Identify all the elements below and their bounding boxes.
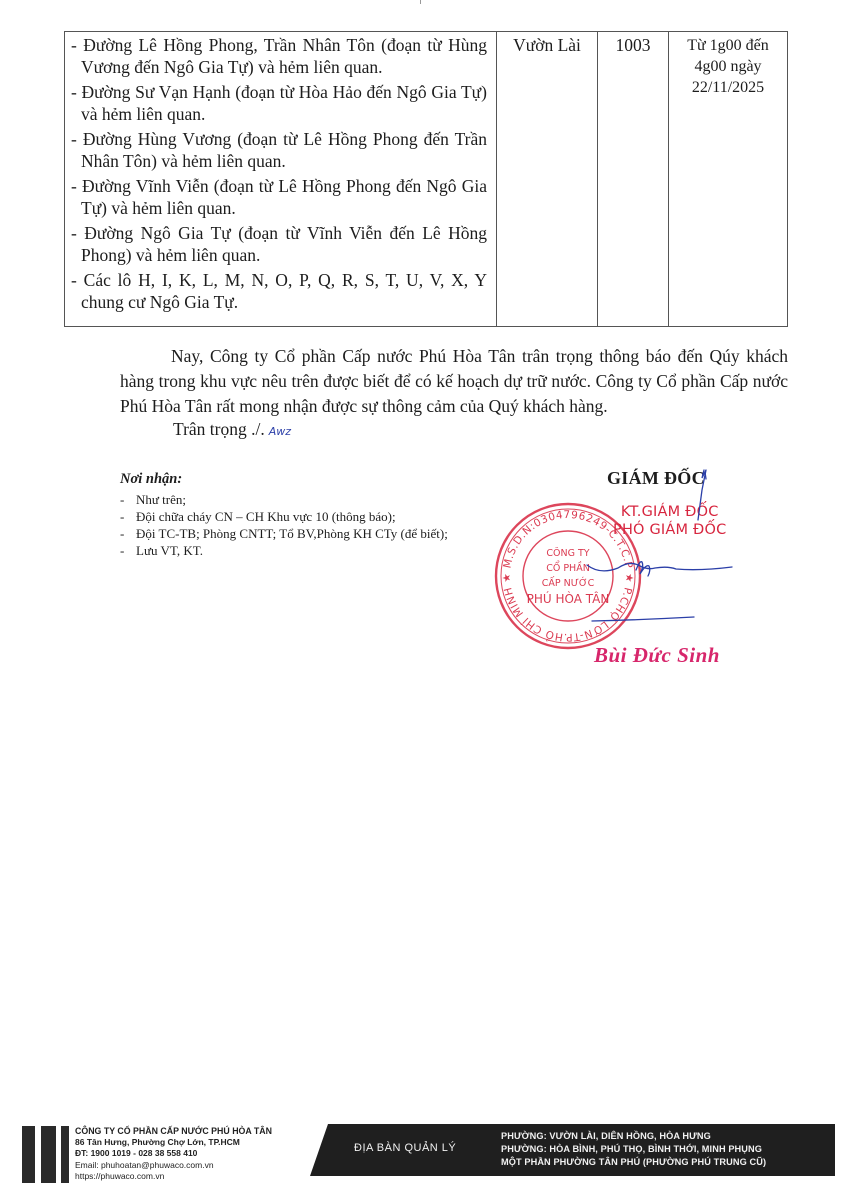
street-item: - Đường Vĩnh Viễn (đoạn từ Lê Hồng Phong…	[71, 176, 487, 219]
affected-streets-cell: - Đường Lê Hồng Phong, Trần Nhân Tôn (đo…	[65, 32, 497, 326]
ward-cell: Vườn Lài	[497, 32, 598, 326]
street-item: - Đường Ngô Gia Tự (đoạn từ Vĩnh Viễn đế…	[71, 223, 487, 266]
footer-company-name: CÔNG TY CỔ PHẦN CẤP NƯỚC PHÚ HÒA TÂN	[75, 1126, 272, 1137]
closing-text: Trân trọng ./.	[173, 419, 265, 439]
kt-line-1: KT.GIÁM ĐỐC	[613, 503, 726, 521]
signer-name: Bùi Đức Sinh	[594, 643, 720, 668]
logo-bar	[61, 1126, 69, 1183]
street-item: - Đường Hùng Vương (đoạn từ Lê Hồng Phon…	[71, 129, 487, 172]
logo-bar	[22, 1126, 35, 1183]
footer-email[interactable]: Email: phuhoatan@phuwaco.com.vn	[75, 1160, 272, 1171]
footer-company-info: CÔNG TY CỔ PHẦN CẤP NƯỚC PHÚ HÒA TÂN 86 …	[75, 1126, 272, 1182]
svg-text:PHÚ HÒA TÂN: PHÚ HÒA TÂN	[527, 591, 610, 606]
footer-phone: ĐT: 1900 1019 - 028 38 558 410	[75, 1148, 272, 1159]
svg-text:CỔ PHẦN: CỔ PHẦN	[546, 561, 590, 574]
service-area-line: PHƯỜNG: HÒA BÌNH, PHÚ THỌ, BÌNH THỚI, MI…	[501, 1143, 766, 1156]
notice-text: Nay, Công ty Cổ phần Cấp nước Phú Hòa Tâ…	[120, 346, 788, 416]
recipient-item: -Đội chữa cháy CN – CH Khu vực 10 (thông…	[120, 508, 448, 525]
recipients-block: Nơi nhận: -Như trên; -Đội chữa cháy CN –…	[120, 471, 448, 559]
service-area-line: MỘT PHẦN PHƯỜNG TÂN PHÚ (PHƯỜNG PHÚ TRUN…	[501, 1156, 766, 1169]
time-cell: Từ 1g00 đến 4g00 ngày 22/11/2025	[669, 32, 787, 326]
dma-code: 1003	[616, 35, 651, 55]
footer-service-area-band: ĐỊA BÀN QUẢN LÝ PHƯỜNG: VƯỜN LÀI, DIÊN H…	[310, 1122, 835, 1178]
dma-cell: 1003	[598, 32, 669, 326]
svg-text:CÔNG TY: CÔNG TY	[546, 547, 589, 559]
deputy-title: KT.GIÁM ĐỐC PHÓ GIÁM ĐỐC	[613, 503, 726, 539]
signature-title: GIÁM ĐỐC	[607, 468, 705, 489]
ward-name: Vườn Lài	[513, 35, 581, 55]
service-area-line: PHƯỜNG: VƯỜN LÀI, DIÊN HỒNG, HÒA HƯNG	[501, 1130, 766, 1143]
street-item: - Đường Sư Vạn Hạnh (đoạn từ Hòa Hảo đến…	[71, 82, 487, 125]
street-item: - Các lô H, I, K, L, M, N, O, P, Q, R, S…	[71, 270, 487, 313]
page-edge-mark	[420, 0, 421, 4]
street-item: - Đường Lê Hồng Phong, Trần Nhân Tôn (đo…	[71, 35, 487, 78]
closing-line: Trân trọng ./.Awz	[173, 419, 291, 440]
recipient-item: -Như trên;	[120, 491, 448, 508]
recipient-item: -Đội TC-TB; Phòng CNTT; Tổ BV,Phòng KH C…	[120, 525, 448, 542]
logo-bar	[41, 1126, 56, 1183]
kt-line-2: PHÓ GIÁM ĐỐC	[613, 521, 726, 539]
footer-address: 86 Tân Hưng, Phường Chợ Lớn, TP.HCM	[75, 1137, 272, 1148]
service-area-label: ĐỊA BÀN QUẢN LÝ	[354, 1142, 456, 1154]
recipient-item: -Lưu VT, KT.	[120, 542, 448, 559]
svg-text:CẤP NƯỚC: CẤP NƯỚC	[542, 577, 595, 589]
notice-paragraph: Nay, Công ty Cổ phần Cấp nước Phú Hòa Tâ…	[120, 344, 788, 419]
time-line: 22/11/2025	[669, 77, 787, 98]
handwritten-initials: Awz	[269, 425, 291, 438]
outage-table: - Đường Lê Hồng Phong, Trần Nhân Tôn (đo…	[64, 31, 788, 327]
footer-website[interactable]: https://phuwaco.com.vn	[75, 1171, 272, 1182]
time-line: 4g00 ngày	[669, 56, 787, 77]
service-area-list: PHƯỜNG: VƯỜN LÀI, DIÊN HỒNG, HÒA HƯNG PH…	[501, 1130, 766, 1170]
recipients-title: Nơi nhận:	[120, 471, 448, 488]
time-line: Từ 1g00 đến	[669, 35, 787, 56]
